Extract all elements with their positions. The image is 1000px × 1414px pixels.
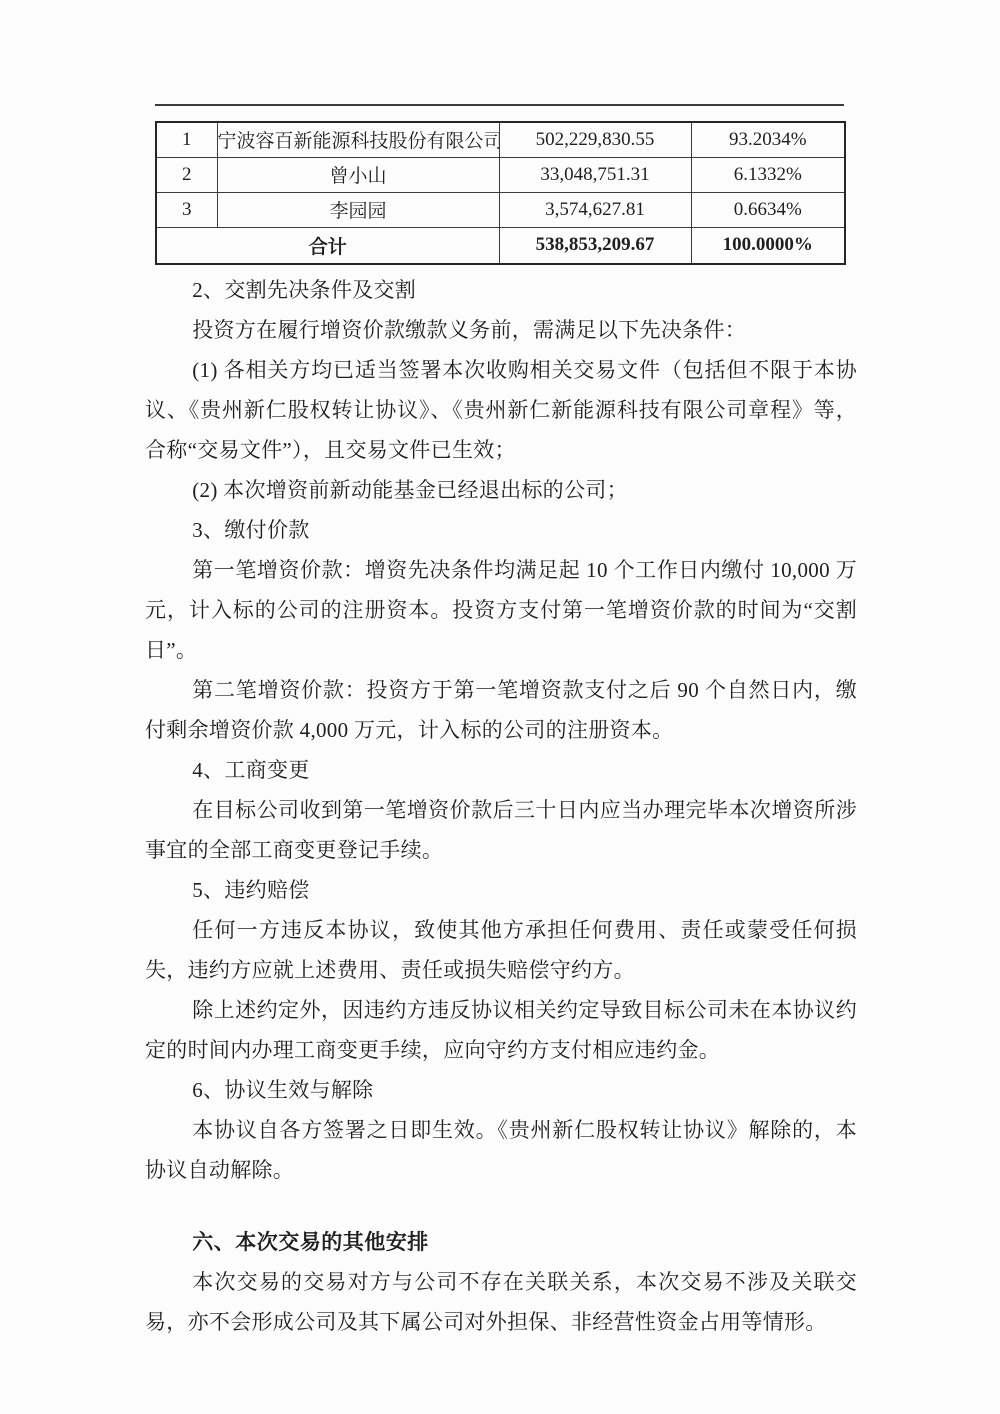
document-page: 1 宁波容百新能源科技股份有限公司 502,229,830.55 93.2034…	[0, 0, 1000, 1414]
total-amount-cell: 538,853,209.67	[499, 227, 691, 264]
document-body: 2、交割先决条件及交割 投资方在履行增资价款缴款义务前，需满足以下先决条件： (…	[145, 270, 857, 1342]
total-label-cell: 合计	[156, 227, 499, 264]
shareholder-table: 1 宁波容百新能源科技股份有限公司 502,229,830.55 93.2034…	[155, 121, 846, 265]
paragraph: 第一笔增资价款：增资先决条件均满足起 10 个工作日内缴付 10,000 万元，…	[145, 550, 857, 670]
percent-cell: 93.2034%	[691, 122, 845, 157]
section-item: 3、缴付价款	[145, 510, 857, 550]
section-item: 6、协议生效与解除	[145, 1070, 857, 1110]
shareholder-name-cell: 李园园	[217, 192, 499, 227]
section-heading: 六、本次交易的其他安排	[145, 1222, 857, 1262]
row-number-cell: 2	[156, 157, 217, 192]
percent-cell: 0.6634%	[691, 192, 845, 227]
table-row: 3 李园园 3,574,627.81 0.6634%	[156, 192, 845, 227]
paragraph: (2) 本次增资前新动能基金已经退出标的公司；	[145, 470, 857, 510]
section-item: 4、工商变更	[145, 750, 857, 790]
section-item: 5、违约赔偿	[145, 870, 857, 910]
section-item: 2、交割先决条件及交割	[145, 270, 857, 310]
row-number-cell: 1	[156, 122, 217, 157]
paragraph: 本协议自各方签署之日即生效。《贵州新仁股权转让协议》解除的，本协议自动解除。	[145, 1110, 857, 1190]
amount-cell: 502,229,830.55	[499, 122, 691, 157]
paragraph: 除上述约定外，因违约方违反协议相关约定导致目标公司未在本协议约定的时间内办理工商…	[145, 990, 857, 1070]
table-row: 2 曾小山 33,048,751.31 6.1332%	[156, 157, 845, 192]
table-continuation-line	[155, 104, 844, 106]
paragraph: 本次交易的交易对方与公司不存在关联关系，本次交易不涉及关联交易，亦不会形成公司及…	[145, 1262, 857, 1342]
paragraph: 投资方在履行增资价款缴款义务前，需满足以下先决条件：	[145, 310, 857, 350]
paragraph: 在目标公司收到第一笔增资价款后三十日内应当办理完毕本次增资所涉事宜的全部工商变更…	[145, 790, 857, 870]
amount-cell: 3,574,627.81	[499, 192, 691, 227]
amount-cell: 33,048,751.31	[499, 157, 691, 192]
table-total-row: 合计 538,853,209.67 100.0000%	[156, 227, 845, 264]
shareholder-name-cell: 曾小山	[217, 157, 499, 192]
total-percent-cell: 100.0000%	[691, 227, 845, 264]
paragraph: 任何一方违反本协议，致使其他方承担任何费用、责任或蒙受任何损失，违约方应就上述费…	[145, 910, 857, 990]
percent-cell: 6.1332%	[691, 157, 845, 192]
table-row: 1 宁波容百新能源科技股份有限公司 502,229,830.55 93.2034…	[156, 122, 845, 157]
paragraph: (1) 各相关方均已适当签署本次收购相关交易文件（包括但不限于本协议、《贵州新仁…	[145, 350, 857, 470]
paragraph: 第二笔增资价款：投资方于第一笔增资款支付之后 90 个自然日内，缴付剩余增资价款…	[145, 670, 857, 750]
shareholder-name-cell: 宁波容百新能源科技股份有限公司	[217, 122, 499, 157]
row-number-cell: 3	[156, 192, 217, 227]
